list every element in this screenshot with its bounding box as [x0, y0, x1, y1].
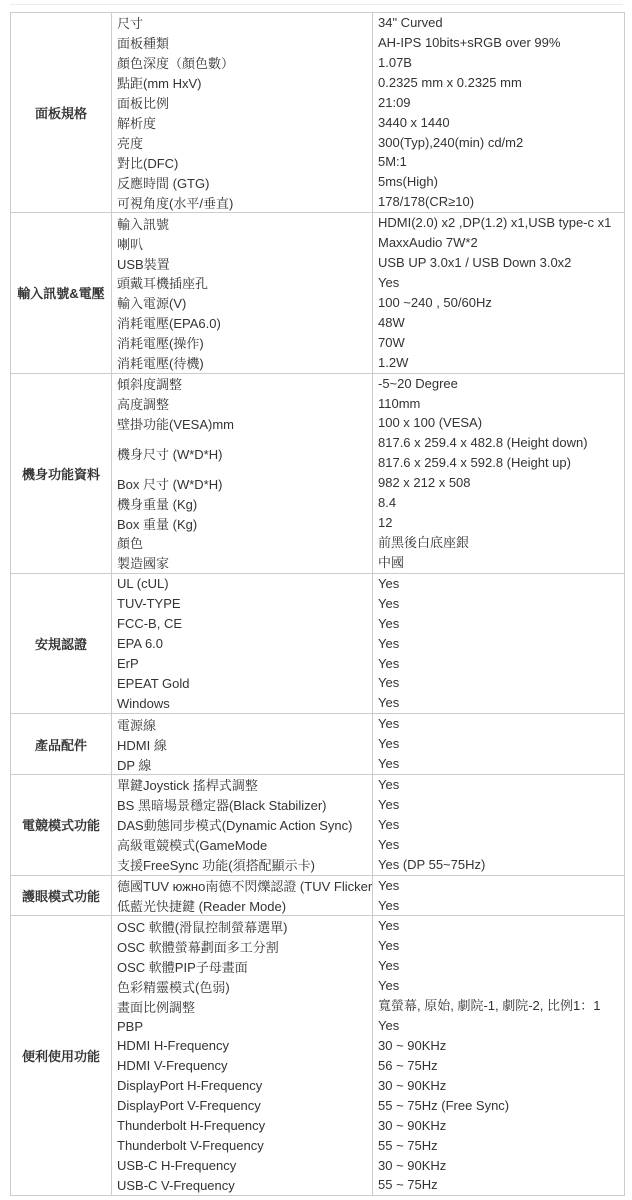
- spec-value: 178/178(CR≥10): [372, 192, 624, 212]
- spec-value: 寬螢幕, 原始, 劇院-1, 劇院-2, 比例1：1: [372, 996, 624, 1016]
- spec-label: USB-C H-Frequency: [112, 1156, 372, 1176]
- spec-value: Yes: [372, 795, 624, 815]
- spec-label: USB裝置: [112, 253, 372, 273]
- spec-value: 5M:1: [372, 152, 624, 172]
- spec-value-line: 30 ~ 90KHz: [373, 1036, 624, 1056]
- spec-value-line: Yes: [373, 594, 624, 614]
- spec-label: USB-C V-Frequency: [112, 1175, 372, 1195]
- spec-section: 輸入訊號&電壓輸入訊號HDMI(2.0) x2 ,DP(1.2) x1,USB …: [11, 213, 625, 373]
- spec-row: OSC 軟體(滑鼠控制螢幕選單)Yes: [112, 916, 624, 936]
- spec-value: 1.07B: [372, 53, 624, 73]
- category-cell: 安規認證: [11, 573, 112, 713]
- spec-label: 電源線: [112, 714, 372, 734]
- spec-value: 55 ~ 75Hz: [372, 1175, 624, 1195]
- spec-label: 亮度: [112, 133, 372, 153]
- spec-value: 110mm: [372, 394, 624, 414]
- spec-value: 982 x 212 x 508: [372, 473, 624, 493]
- spec-value: 55 ~ 75Hz (Free Sync): [372, 1096, 624, 1116]
- spec-value: MaxxAudio 7W*2: [372, 233, 624, 253]
- spec-row: OSC 軟體PIP子母畫面Yes: [112, 956, 624, 976]
- spec-row: TUV-TYPEYes: [112, 594, 624, 614]
- spec-value-line: USB UP 3.0x1 / USB Down 3.0x2: [373, 253, 624, 273]
- spec-row: BS 黑暗場景穩定器(Black Stabilizer)Yes: [112, 795, 624, 815]
- spec-value-line: AH-IPS 10bits+sRGB over 99%: [373, 33, 624, 53]
- spec-label: OSC 軟體螢幕劃面多工分割: [112, 936, 372, 956]
- spec-value-line: Yes: [373, 976, 624, 996]
- spec-label: 消耗電壓(操作): [112, 333, 372, 353]
- spec-row: 輸入電源(V)100 ~240 , 50/60Hz: [112, 293, 624, 313]
- spec-value-line: 70W: [373, 333, 624, 353]
- spec-row: DisplayPort V-Frequency55 ~ 75Hz (Free S…: [112, 1096, 624, 1116]
- spec-value-line: 817.6 x 259.4 x 592.8 (Height up): [373, 453, 624, 473]
- spec-label: OSC 軟體(滑鼠控制螢幕選單): [112, 916, 372, 936]
- spec-label: HDMI V-Frequency: [112, 1056, 372, 1076]
- spec-row: 解析度3440 x 1440: [112, 113, 624, 133]
- spec-row: 機身尺寸 (W*D*H)817.6 x 259.4 x 482.8 (Heigh…: [112, 433, 624, 473]
- spec-row: 德國TUV южно南德不閃爍認證 (TUV FlickerYes: [112, 876, 624, 896]
- spec-label: 面板種類: [112, 33, 372, 53]
- spec-label: HDMI 線: [112, 734, 372, 754]
- spec-value-line: Yes: [373, 835, 624, 855]
- spec-section: 機身功能資料傾斜度調整-5~20 Degree高度調整110mm壁掛功能(VES…: [11, 373, 625, 573]
- spec-row: FCC-B, CEYes: [112, 614, 624, 634]
- spec-value-line: Yes: [373, 896, 624, 916]
- spec-row: 面板種類AH-IPS 10bits+sRGB over 99%: [112, 33, 624, 53]
- spec-value-line: 817.6 x 259.4 x 482.8 (Height down): [373, 433, 624, 453]
- spec-row: 反應時間 (GTG)5ms(High): [112, 172, 624, 192]
- spec-value-line: HDMI(2.0) x2 ,DP(1.2) x1,USB type-c x1: [373, 213, 624, 233]
- section-rows-cell: OSC 軟體(滑鼠控制螢幕選單)YesOSC 軟體螢幕劃面多工分割YesOSC …: [112, 916, 625, 1196]
- spec-row: ErPYes: [112, 654, 624, 674]
- spec-label: FCC-B, CE: [112, 614, 372, 634]
- spec-label: 尺寸: [112, 13, 372, 33]
- spec-label: 畫面比例調整: [112, 996, 372, 1016]
- spec-row: 畫面比例調整寬螢幕, 原始, 劇院-1, 劇院-2, 比例1：1: [112, 996, 624, 1016]
- spec-value-line: Yes: [373, 775, 624, 795]
- spec-label: ErP: [112, 654, 372, 674]
- spec-label: 低藍光快捷鍵 (Reader Mode): [112, 896, 372, 916]
- spec-value-line: 30 ~ 90KHz: [373, 1116, 624, 1136]
- spec-row: HDMI 線Yes: [112, 734, 624, 754]
- spec-label: 可視角度(水平/垂直): [112, 192, 372, 212]
- spec-value: Yes: [372, 574, 624, 594]
- spec-value-line: 寬螢幕, 原始, 劇院-1, 劇院-2, 比例1：1: [373, 996, 624, 1016]
- spec-sheet-page: 面板規格尺寸34" Curved面板種類AH-IPS 10bits+sRGB o…: [0, 0, 632, 1200]
- spec-value: 3440 x 1440: [372, 113, 624, 133]
- spec-label: 輸入訊號: [112, 213, 372, 233]
- spec-value: Yes: [372, 956, 624, 976]
- spec-value-line: Yes: [373, 734, 624, 754]
- spec-row: 可視角度(水平/垂直)178/178(CR≥10): [112, 192, 624, 212]
- section-rows-cell: 單鍵Joystick 搖桿式調整YesBS 黑暗場景穩定器(Black Stab…: [112, 775, 625, 876]
- spec-row: 色彩精靈模式(色弱)Yes: [112, 976, 624, 996]
- spec-label: 點距(mm HxV): [112, 73, 372, 93]
- spec-row: Box 重量 (Kg)12: [112, 513, 624, 533]
- spec-row: 支援FreeSync 功能(須搭配顯示卡)Yes (DP 55~75Hz): [112, 855, 624, 875]
- spec-value-line: 110mm: [373, 394, 624, 414]
- spec-label: 喇叭: [112, 233, 372, 253]
- spec-row: 尺寸34" Curved: [112, 13, 624, 33]
- spec-value: Yes: [372, 273, 624, 293]
- spec-value: AH-IPS 10bits+sRGB over 99%: [372, 33, 624, 53]
- spec-value: Yes: [372, 634, 624, 654]
- spec-section: 面板規格尺寸34" Curved面板種類AH-IPS 10bits+sRGB o…: [11, 13, 625, 213]
- spec-value-line: Yes: [373, 273, 624, 293]
- spec-row: 高度調整110mm: [112, 394, 624, 414]
- spec-value-line: Yes: [373, 754, 624, 774]
- spec-label: EPA 6.0: [112, 634, 372, 654]
- spec-value: Yes: [372, 594, 624, 614]
- spec-value: 56 ~ 75Hz: [372, 1056, 624, 1076]
- spec-value-line: 100 ~240 , 50/60Hz: [373, 293, 624, 313]
- spec-value-line: 55 ~ 75Hz: [373, 1136, 624, 1156]
- spec-row: 對比(DFC)5M:1: [112, 152, 624, 172]
- category-cell: 輸入訊號&電壓: [11, 213, 112, 373]
- spec-value-line: 21:09: [373, 93, 624, 113]
- spec-value-line: Yes: [373, 1016, 624, 1036]
- spec-row: 電源線Yes: [112, 714, 624, 734]
- spec-label: TUV-TYPE: [112, 594, 372, 614]
- spec-value: Yes: [372, 714, 624, 734]
- spec-label: Thunderbolt H-Frequency: [112, 1116, 372, 1136]
- section-rows-cell: 電源線YesHDMI 線YesDP 線Yes: [112, 714, 625, 775]
- spec-label: EPEAT Gold: [112, 673, 372, 693]
- spec-label: Windows: [112, 693, 372, 713]
- spec-row: 顏色深度（顏色數）1.07B: [112, 53, 624, 73]
- spec-value-line: 982 x 212 x 508: [373, 473, 624, 493]
- spec-row: USB裝置USB UP 3.0x1 / USB Down 3.0x2: [112, 253, 624, 273]
- spec-label: 高度調整: [112, 394, 372, 414]
- spec-value: 100 ~240 , 50/60Hz: [372, 293, 624, 313]
- spec-label: BS 黑暗場景穩定器(Black Stabilizer): [112, 795, 372, 815]
- section-rows-cell: 尺寸34" Curved面板種類AH-IPS 10bits+sRGB over …: [112, 13, 625, 213]
- spec-value-line: 0.2325 mm x 0.2325 mm: [373, 73, 624, 93]
- spec-value-line: Yes: [373, 936, 624, 956]
- spec-row: USB-C V-Frequency55 ~ 75Hz: [112, 1175, 624, 1195]
- category-cell: 產品配件: [11, 714, 112, 775]
- spec-value: 48W: [372, 313, 624, 333]
- spec-value: 30 ~ 90KHz: [372, 1156, 624, 1176]
- spec-table: 面板規格尺寸34" Curved面板種類AH-IPS 10bits+sRGB o…: [10, 12, 625, 1196]
- spec-section: 產品配件電源線YesHDMI 線YesDP 線Yes: [11, 714, 625, 775]
- spec-value-line: 1.07B: [373, 53, 624, 73]
- spec-row: 低藍光快捷鍵 (Reader Mode)Yes: [112, 896, 624, 916]
- spec-value: Yes (DP 55~75Hz): [372, 855, 624, 875]
- spec-value: -5~20 Degree: [372, 374, 624, 394]
- spec-row: 顏色前黑後白底座銀: [112, 533, 624, 553]
- spec-row: 傾斜度調整-5~20 Degree: [112, 374, 624, 394]
- spec-label: DisplayPort V-Frequency: [112, 1096, 372, 1116]
- spec-value: 300(Typ),240(min) cd/m2: [372, 133, 624, 153]
- spec-row: 壁掛功能(VESA)mm100 x 100 (VESA): [112, 413, 624, 433]
- spec-label: HDMI H-Frequency: [112, 1036, 372, 1056]
- spec-label: 輸入電源(V): [112, 293, 372, 313]
- spec-value-line: 48W: [373, 313, 624, 333]
- spec-section: 護眼模式功能德國TUV южно南德不閃爍認證 (TUV FlickerYes低…: [11, 875, 625, 916]
- spec-value: Yes: [372, 835, 624, 855]
- spec-label: 解析度: [112, 113, 372, 133]
- spec-section: 安規認證UL (cUL)YesTUV-TYPEYesFCC-B, CEYesEP…: [11, 573, 625, 713]
- spec-label: 顏色: [112, 533, 372, 553]
- spec-label: 消耗電壓(待機): [112, 353, 372, 373]
- spec-value: 55 ~ 75Hz: [372, 1136, 624, 1156]
- spec-value: 8.4: [372, 493, 624, 513]
- spec-row: PBPYes: [112, 1016, 624, 1036]
- spec-row: 面板比例21:09: [112, 93, 624, 113]
- spec-row: 製造國家中國: [112, 553, 624, 573]
- spec-row: WindowsYes: [112, 693, 624, 713]
- spec-row: UL (cUL)Yes: [112, 574, 624, 594]
- spec-value: 34" Curved: [372, 13, 624, 33]
- spec-row: USB-C H-Frequency30 ~ 90KHz: [112, 1156, 624, 1176]
- spec-value-line: Yes: [373, 614, 624, 634]
- spec-value-line: 30 ~ 90KHz: [373, 1076, 624, 1096]
- spec-row: 消耗電壓(EPA6.0)48W: [112, 313, 624, 333]
- spec-value-line: Yes: [373, 574, 624, 594]
- spec-value-line: 5M:1: [373, 152, 624, 172]
- spec-value: Yes: [372, 896, 624, 916]
- spec-value-line: 8.4: [373, 493, 624, 513]
- spec-label: DisplayPort H-Frequency: [112, 1076, 372, 1096]
- section-rows-cell: UL (cUL)YesTUV-TYPEYesFCC-B, CEYesEPA 6.…: [112, 573, 625, 713]
- spec-value-line: MaxxAudio 7W*2: [373, 233, 624, 253]
- spec-value-line: 5ms(High): [373, 172, 624, 192]
- spec-row: Thunderbolt V-Frequency55 ~ 75Hz: [112, 1136, 624, 1156]
- spec-row: EPA 6.0Yes: [112, 634, 624, 654]
- spec-value: Yes: [372, 976, 624, 996]
- spec-value-line: Yes: [373, 693, 624, 713]
- spec-value-line: Yes: [373, 673, 624, 693]
- spec-value: 100 x 100 (VESA): [372, 413, 624, 433]
- spec-value-line: 3440 x 1440: [373, 113, 624, 133]
- category-cell: 電競模式功能: [11, 775, 112, 876]
- spec-value: HDMI(2.0) x2 ,DP(1.2) x1,USB type-c x1: [372, 213, 624, 233]
- spec-label: Box 重量 (Kg): [112, 513, 372, 533]
- spec-value: 30 ~ 90KHz: [372, 1036, 624, 1056]
- spec-value: Yes: [372, 754, 624, 774]
- spec-value: Yes: [372, 936, 624, 956]
- spec-label: 單鍵Joystick 搖桿式調整: [112, 775, 372, 795]
- spec-row: 輸入訊號HDMI(2.0) x2 ,DP(1.2) x1,USB type-c …: [112, 213, 624, 233]
- spec-value: 70W: [372, 333, 624, 353]
- spec-row: Thunderbolt H-Frequency30 ~ 90KHz: [112, 1116, 624, 1136]
- spec-value-line: 30 ~ 90KHz: [373, 1156, 624, 1176]
- spec-value-line: 178/178(CR≥10): [373, 192, 624, 212]
- spec-value: Yes: [372, 734, 624, 754]
- spec-row: DAS動態同步模式(Dynamic Action Sync)Yes: [112, 815, 624, 835]
- spec-label: 支援FreeSync 功能(須搭配顯示卡): [112, 855, 372, 875]
- spec-row: 點距(mm HxV)0.2325 mm x 0.2325 mm: [112, 73, 624, 93]
- spec-row: 單鍵Joystick 搖桿式調整Yes: [112, 775, 624, 795]
- spec-label: 德國TUV южно南德不閃爍認證 (TUV Flicker: [112, 876, 372, 896]
- spec-label: 色彩精靈模式(色弱): [112, 976, 372, 996]
- spec-label: PBP: [112, 1016, 372, 1036]
- spec-label: 面板比例: [112, 93, 372, 113]
- spec-row: 機身重量 (Kg)8.4: [112, 493, 624, 513]
- category-cell: 便利使用功能: [11, 916, 112, 1196]
- spec-value-line: Yes: [373, 654, 624, 674]
- spec-label: 頭戴耳機插座孔: [112, 273, 372, 293]
- spec-value-line: Yes: [373, 714, 624, 734]
- spec-value: Yes: [372, 815, 624, 835]
- top-divider: [10, 4, 623, 5]
- spec-value-line: 56 ~ 75Hz: [373, 1056, 624, 1076]
- spec-value: Yes: [372, 693, 624, 713]
- spec-value: 21:09: [372, 93, 624, 113]
- spec-value: 30 ~ 90KHz: [372, 1076, 624, 1096]
- spec-value: Yes: [372, 673, 624, 693]
- spec-label: DP 線: [112, 754, 372, 774]
- spec-value-line: Yes: [373, 916, 624, 936]
- spec-value: 817.6 x 259.4 x 482.8 (Height down)817.6…: [372, 433, 624, 473]
- spec-value-line: 前黑後白底座銀: [373, 533, 624, 553]
- spec-value-line: 100 x 100 (VESA): [373, 413, 624, 433]
- spec-value: 12: [372, 513, 624, 533]
- spec-value-line: Yes (DP 55~75Hz): [373, 855, 624, 875]
- spec-value: Yes: [372, 614, 624, 634]
- spec-value-line: Yes: [373, 795, 624, 815]
- spec-row: 消耗電壓(待機)1.2W: [112, 353, 624, 373]
- category-cell: 機身功能資料: [11, 373, 112, 573]
- spec-value: USB UP 3.0x1 / USB Down 3.0x2: [372, 253, 624, 273]
- category-cell: 面板規格: [11, 13, 112, 213]
- spec-row: 頭戴耳機插座孔Yes: [112, 273, 624, 293]
- section-rows-cell: 傾斜度調整-5~20 Degree高度調整110mm壁掛功能(VESA)mm10…: [112, 373, 625, 573]
- spec-label: 傾斜度調整: [112, 374, 372, 394]
- spec-row: 高級電競模式(GameModeYes: [112, 835, 624, 855]
- spec-value: 前黑後白底座銀: [372, 533, 624, 553]
- spec-row: HDMI V-Frequency56 ~ 75Hz: [112, 1056, 624, 1076]
- spec-label: OSC 軟體PIP子母畫面: [112, 956, 372, 976]
- spec-label: 機身重量 (Kg): [112, 493, 372, 513]
- spec-value: 0.2325 mm x 0.2325 mm: [372, 73, 624, 93]
- spec-label: 製造國家: [112, 553, 372, 573]
- spec-value-line: 55 ~ 75Hz (Free Sync): [373, 1096, 624, 1116]
- spec-label: 反應時間 (GTG): [112, 172, 372, 192]
- spec-value-line: 55 ~ 75Hz: [373, 1175, 624, 1195]
- spec-label: 顏色深度（顏色數）: [112, 53, 372, 73]
- spec-label: 壁掛功能(VESA)mm: [112, 413, 372, 433]
- spec-row: DP 線Yes: [112, 754, 624, 774]
- spec-value: 5ms(High): [372, 172, 624, 192]
- spec-value: 1.2W: [372, 353, 624, 373]
- spec-row: 喇叭MaxxAudio 7W*2: [112, 233, 624, 253]
- spec-value-line: -5~20 Degree: [373, 374, 624, 394]
- spec-value: 中國: [372, 553, 624, 573]
- spec-value: Yes: [372, 1016, 624, 1036]
- spec-label: 高級電競模式(GameMode: [112, 835, 372, 855]
- spec-row: DisplayPort H-Frequency30 ~ 90KHz: [112, 1076, 624, 1096]
- spec-value: Yes: [372, 916, 624, 936]
- spec-value-line: 中國: [373, 553, 624, 573]
- spec-value-line: 1.2W: [373, 353, 624, 373]
- spec-value-line: 34" Curved: [373, 13, 624, 33]
- spec-value-line: 300(Typ),240(min) cd/m2: [373, 133, 624, 153]
- spec-value: Yes: [372, 775, 624, 795]
- category-cell: 護眼模式功能: [11, 875, 112, 916]
- spec-section: 便利使用功能OSC 軟體(滑鼠控制螢幕選單)YesOSC 軟體螢幕劃面多工分割Y…: [11, 916, 625, 1196]
- spec-label: Thunderbolt V-Frequency: [112, 1136, 372, 1156]
- spec-row: Box 尺寸 (W*D*H)982 x 212 x 508: [112, 473, 624, 493]
- spec-table-body: 面板規格尺寸34" Curved面板種類AH-IPS 10bits+sRGB o…: [11, 13, 625, 1196]
- spec-value-line: Yes: [373, 956, 624, 976]
- spec-label: 消耗電壓(EPA6.0): [112, 313, 372, 333]
- section-rows-cell: 輸入訊號HDMI(2.0) x2 ,DP(1.2) x1,USB type-c …: [112, 213, 625, 373]
- spec-row: 亮度300(Typ),240(min) cd/m2: [112, 133, 624, 153]
- spec-value: Yes: [372, 876, 624, 896]
- spec-value: Yes: [372, 654, 624, 674]
- spec-value: 30 ~ 90KHz: [372, 1116, 624, 1136]
- spec-row: OSC 軟體螢幕劃面多工分割Yes: [112, 936, 624, 956]
- spec-label: 對比(DFC): [112, 152, 372, 172]
- spec-row: 消耗電壓(操作)70W: [112, 333, 624, 353]
- spec-row: EPEAT GoldYes: [112, 673, 624, 693]
- section-rows-cell: 德國TUV южно南德不閃爍認證 (TUV FlickerYes低藍光快捷鍵 …: [112, 875, 625, 916]
- spec-value-line: Yes: [373, 815, 624, 835]
- spec-value-line: Yes: [373, 634, 624, 654]
- spec-label: UL (cUL): [112, 574, 372, 594]
- spec-row: HDMI H-Frequency30 ~ 90KHz: [112, 1036, 624, 1056]
- spec-label: 機身尺寸 (W*D*H): [112, 433, 372, 473]
- spec-section: 電競模式功能單鍵Joystick 搖桿式調整YesBS 黑暗場景穩定器(Blac…: [11, 775, 625, 876]
- spec-value-line: 12: [373, 513, 624, 533]
- spec-value-line: Yes: [373, 876, 624, 896]
- spec-label: DAS動態同步模式(Dynamic Action Sync): [112, 815, 372, 835]
- spec-label: Box 尺寸 (W*D*H): [112, 473, 372, 493]
